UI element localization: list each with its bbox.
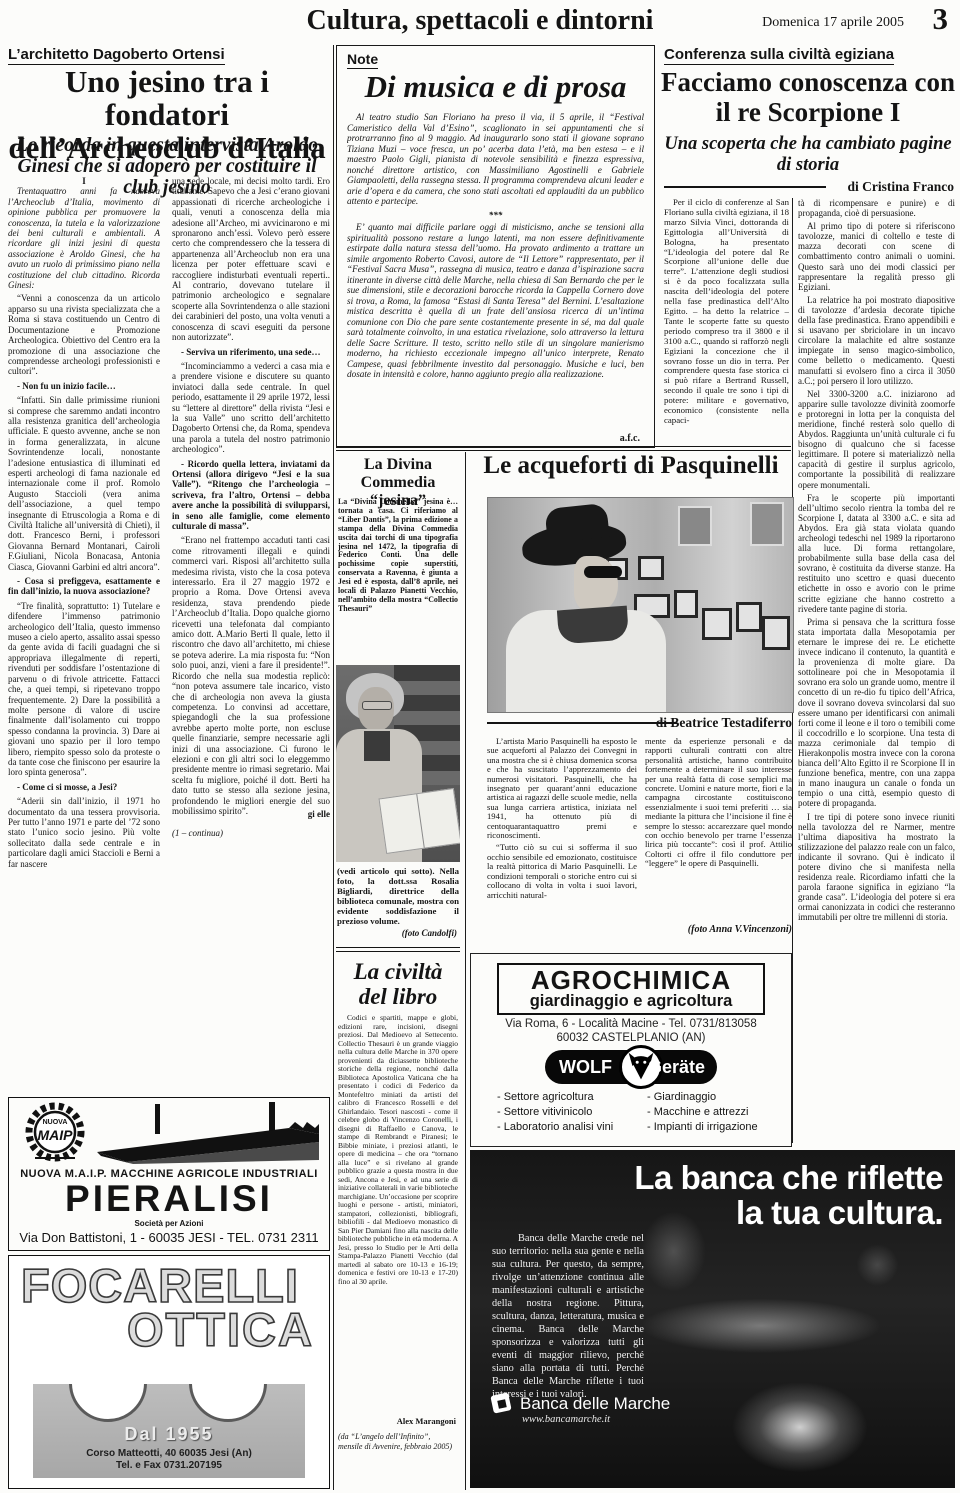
photo-credit: (foto Candolfi): [337, 928, 457, 938]
left-article-column-1: I Trentaquattro anni fa nasceva l’Archeo…: [8, 176, 160, 1090]
wolf-geraete-logo: WOLF Geräte: [545, 1050, 717, 1084]
column-rule: [465, 452, 466, 1490]
etching-frame: [736, 602, 762, 632]
agrochimica-logo-box: AGROCHIMICA giardinaggio e agricoltura: [497, 963, 765, 1015]
divina-title-line1: La Divina Commedia: [336, 456, 460, 492]
paragraph: “Tutto ciò su cui si sofferma il suo occ…: [487, 843, 637, 899]
face-profile: [574, 556, 618, 612]
pasquinelli-title: Le acqueforti di Pasquinelli: [470, 452, 792, 480]
civilta-title-line1: La civiltà: [336, 960, 460, 985]
focarelli-ad: FOCARELLI OTTICA Dal 1955 Corso Matteott…: [8, 1255, 330, 1489]
footnote-text: (da “L’angelo dell’Infinito”, mensile di…: [338, 1432, 456, 1451]
pieralisi-name: PIERALISI: [9, 1180, 329, 1218]
paragraph: L’artista Mario Pasquinelli ha esposto l…: [487, 737, 637, 840]
geraete-brand-text: Geräte: [648, 1057, 705, 1078]
egypt-title: Facciamo conoscenza con il re Scorpione …: [660, 68, 956, 127]
paragraph: E’ quanto mai difficile parlare oggi di …: [347, 222, 644, 380]
paragraph: “Tre finalità, soprattutto: 1) Tutelare …: [8, 601, 160, 778]
service-item: - Macchine e attrezzi: [647, 1105, 758, 1120]
egypt-column-1: Per il ciclo di conferenze al San Floria…: [664, 198, 789, 444]
civilta-title: La civiltà del libro: [336, 960, 460, 1010]
caption-text: (vedi articolo qui sotto). Nella foto, l…: [337, 866, 459, 926]
banca-logo-text: Banca delle Marche: [520, 1394, 670, 1414]
divina-body: La “Divina Commedia” jesina è… tornata a…: [338, 498, 458, 662]
paragraph: Codici e spartiti, mappe e globi, edizio…: [338, 1014, 458, 1286]
sunglasses: [584, 566, 622, 578]
paragraph: Al teatro studio San Floriano ha preso i…: [347, 112, 644, 207]
paragraph: Prima si pensava che la scrittura fosse …: [798, 617, 955, 809]
paragraph: “Infatti. Sin dalle primissime riunioni …: [8, 395, 160, 572]
agrochimica-services-left: - Settore agricoltura - Settore vitivini…: [497, 1090, 613, 1135]
newspaper-page: Cultura, spettacoli e dintorni Domenica …: [0, 0, 960, 1493]
paragraph: “Incominciammo a vederci a casa mia e a …: [172, 361, 330, 455]
banca-marche-ad: La banca che riflette la tua cultura. Ba…: [470, 1150, 955, 1488]
service-item: - Impianti di irrigazione: [647, 1120, 758, 1135]
book-spine: [416, 794, 425, 848]
open-book: [378, 788, 460, 854]
address-line: Tel. e Fax 0731.207195: [33, 1460, 305, 1472]
pasquinelli-byline: di Beatrice Testadiferro: [640, 715, 792, 731]
maip-logo-text: MAIP: [38, 1127, 74, 1143]
pieralisi-address: Via Don Battistoni, 1 - 60035 JESI - TEL…: [9, 1230, 329, 1245]
interview-question: - Cosa si prefiggeva, esattamente e fin …: [8, 576, 160, 597]
civilta-byline: Alex Marangoni: [338, 1416, 456, 1426]
glasses-lens-left: [69, 1384, 147, 1422]
egypt-byline: di Cristina Franco: [826, 179, 954, 195]
service-item: - Settore agricoltura: [497, 1090, 613, 1105]
logo-notch: [497, 1399, 506, 1408]
civilta-body: Codici e spartiti, mappe e globi, edizio…: [338, 1014, 458, 1412]
bigliardi-caption: (vedi articolo qui sotto). Nella foto, l…: [337, 866, 459, 926]
agrochimica-services-right: - Giardinaggio - Macchine e attrezzi - I…: [647, 1090, 758, 1135]
etching-frame: [674, 590, 698, 618]
pasquinelli-photo: [487, 497, 794, 713]
agrochimica-name: AGROCHIMICA: [499, 967, 763, 993]
address-line: Via Roma, 6 - Località Macine - Tel. 073…: [471, 1017, 791, 1031]
glasses-lens-right: [189, 1384, 267, 1422]
agrochimica-ad: AGROCHIMICA giardinaggio e agricoltura V…: [470, 953, 792, 1147]
paragraph: “Venni a conoscenza da un articolo appar…: [8, 293, 160, 376]
interview-question: - Come ci si mosse, a Jesi?: [8, 782, 160, 792]
paragraph: Nel 3300-3200 a.C. iniziarono ad apparir…: [798, 389, 955, 490]
section-divider: [336, 947, 460, 952]
paragraph: Per il ciclo di conferenze al San Floria…: [664, 198, 789, 426]
blouse: [364, 731, 390, 761]
service-item: - Laboratorio analisi vini: [497, 1120, 613, 1135]
paragraph: Trentaquattro anni fa nasceva l’Archeocl…: [8, 186, 160, 290]
banca-headline: La banca che riflette la tua cultura.: [634, 1160, 943, 1230]
civilta-title-line2: del libro: [336, 985, 460, 1010]
photo-credit: (foto Anna V.Vincenzoni): [645, 924, 792, 935]
section-numeral: I: [8, 176, 160, 186]
page-date: Domenica 17 aprile 2005: [762, 15, 904, 31]
factory-illustration: [93, 1102, 321, 1166]
paragraph: una sede locale, mi decisi molto tardi. …: [172, 176, 330, 343]
page-number: 3: [933, 1, 949, 37]
etching-frame: [762, 616, 790, 650]
banca-body: Banca delle Marche crede nel suo territo…: [492, 1232, 644, 1401]
continuation-note: (1 – continua): [172, 828, 330, 838]
paragraph: “Erano nel frattempo accaduti tanti casi…: [172, 535, 330, 816]
byline-rule: [664, 186, 826, 188]
paragraph: La relatrice ha poi mostrato diapositive…: [798, 295, 955, 386]
window: [678, 506, 712, 546]
paragraph: Fra le scoperte più importanti dell’ulti…: [798, 493, 955, 614]
service-item: - Settore vitivinicolo: [497, 1105, 613, 1120]
wolf-brand-text: WOLF: [559, 1057, 612, 1078]
paragraph: tà di ricompensare e punire) e di propag…: [798, 198, 955, 218]
etching-frame: [638, 556, 664, 580]
paragraph: Al primo tipo di potere si riferiscono t…: [798, 221, 955, 292]
agrochimica-tagline: giardinaggio e agricoltura: [499, 993, 763, 1010]
bigliardi-photo: [336, 665, 460, 862]
interview-question: - Non fu un inizio facile…: [8, 381, 160, 391]
focarelli-since: Dal 1955: [33, 1424, 305, 1445]
window: [750, 502, 784, 546]
egypt-kicker: Conferenza sulla civiltà egiziana: [664, 46, 894, 65]
banca-url: www.bancamarche.it: [522, 1414, 610, 1425]
svg-text:NUOVA: NUOVA: [43, 1119, 68, 1126]
paragraph: La “Divina Commedia” jesina è… tornata a…: [338, 498, 458, 614]
egypt-column-2: tà di ricompensare e punire) e di propag…: [798, 198, 955, 1143]
etching-frame: [702, 608, 732, 640]
civilta-footnote: (da “L’angelo dell’Infinito”, mensile di…: [338, 1432, 456, 1484]
interview-question: - Ricordo quella lettera, inviatami da O…: [172, 459, 330, 532]
author-signature: a.f.c.: [620, 433, 640, 444]
note-title: Di musica e di prosa: [337, 69, 654, 105]
column-rule: [333, 45, 334, 1490]
service-item: - Giardinaggio: [647, 1090, 758, 1105]
agrochimica-address: Via Roma, 6 - Località Macine - Tel. 073…: [471, 1017, 791, 1045]
paragraph: I tre tipi di potere sono invece riuniti…: [798, 812, 955, 923]
pasquinelli-column-1: L’artista Mario Pasquinelli ha esposto l…: [487, 737, 637, 939]
hat-crown: [544, 503, 609, 543]
paragraph: mente da esperienze personali e da rappo…: [645, 737, 792, 869]
left-article-column-2: una sede locale, mi decisi molto tardi. …: [172, 176, 330, 1088]
glasses-band: Dal 1955 Corso Matteotti, 40 60035 Jesi …: [33, 1384, 305, 1478]
paragraph: “Aderii sin dall’inizio, il 1971 ho docu…: [8, 796, 160, 869]
banca-logo-icon: [490, 1392, 514, 1414]
note-body: Al teatro studio San Floriano ha preso i…: [347, 112, 644, 431]
address-line: 60032 CASTELPLANIO (AN): [471, 1031, 791, 1045]
left-article-kicker: L’architetto Dagoberto Ortensi: [8, 46, 225, 65]
egypt-subtitle: Una scoperta che ha cambiato pagine di s…: [656, 134, 960, 176]
glasses: [362, 701, 392, 710]
banca-headline-line1: La banca che riflette: [634, 1160, 943, 1195]
focarelli-address: Corso Matteotti, 40 60035 Jesi (An) Tel.…: [33, 1448, 305, 1472]
note-kicker: Note: [347, 51, 378, 69]
focarelli-ottica: OTTICA: [127, 1302, 314, 1357]
maip-gear-icon: NUOVA MAIP: [23, 1102, 87, 1166]
banca-headline-line2: la tua cultura.: [634, 1195, 943, 1230]
pasquinelli-column-2: mente da esperienze personali e da rappo…: [645, 737, 792, 919]
pieralisi-ad: NUOVA MAIP NUOVA M.A.I.P. MACCHINE AGRIC…: [8, 1097, 330, 1251]
address-line: Corso Matteotti, 40 60035 Jesi (An): [33, 1448, 305, 1460]
interview-question: - Serviva un riferimento, una sede…: [172, 347, 330, 357]
pieralisi-line2: Società per Azioni: [9, 1219, 329, 1228]
note-box: Note Di musica e di prosa Al teatro stud…: [336, 45, 655, 448]
section-break-stars: ***: [347, 210, 644, 221]
